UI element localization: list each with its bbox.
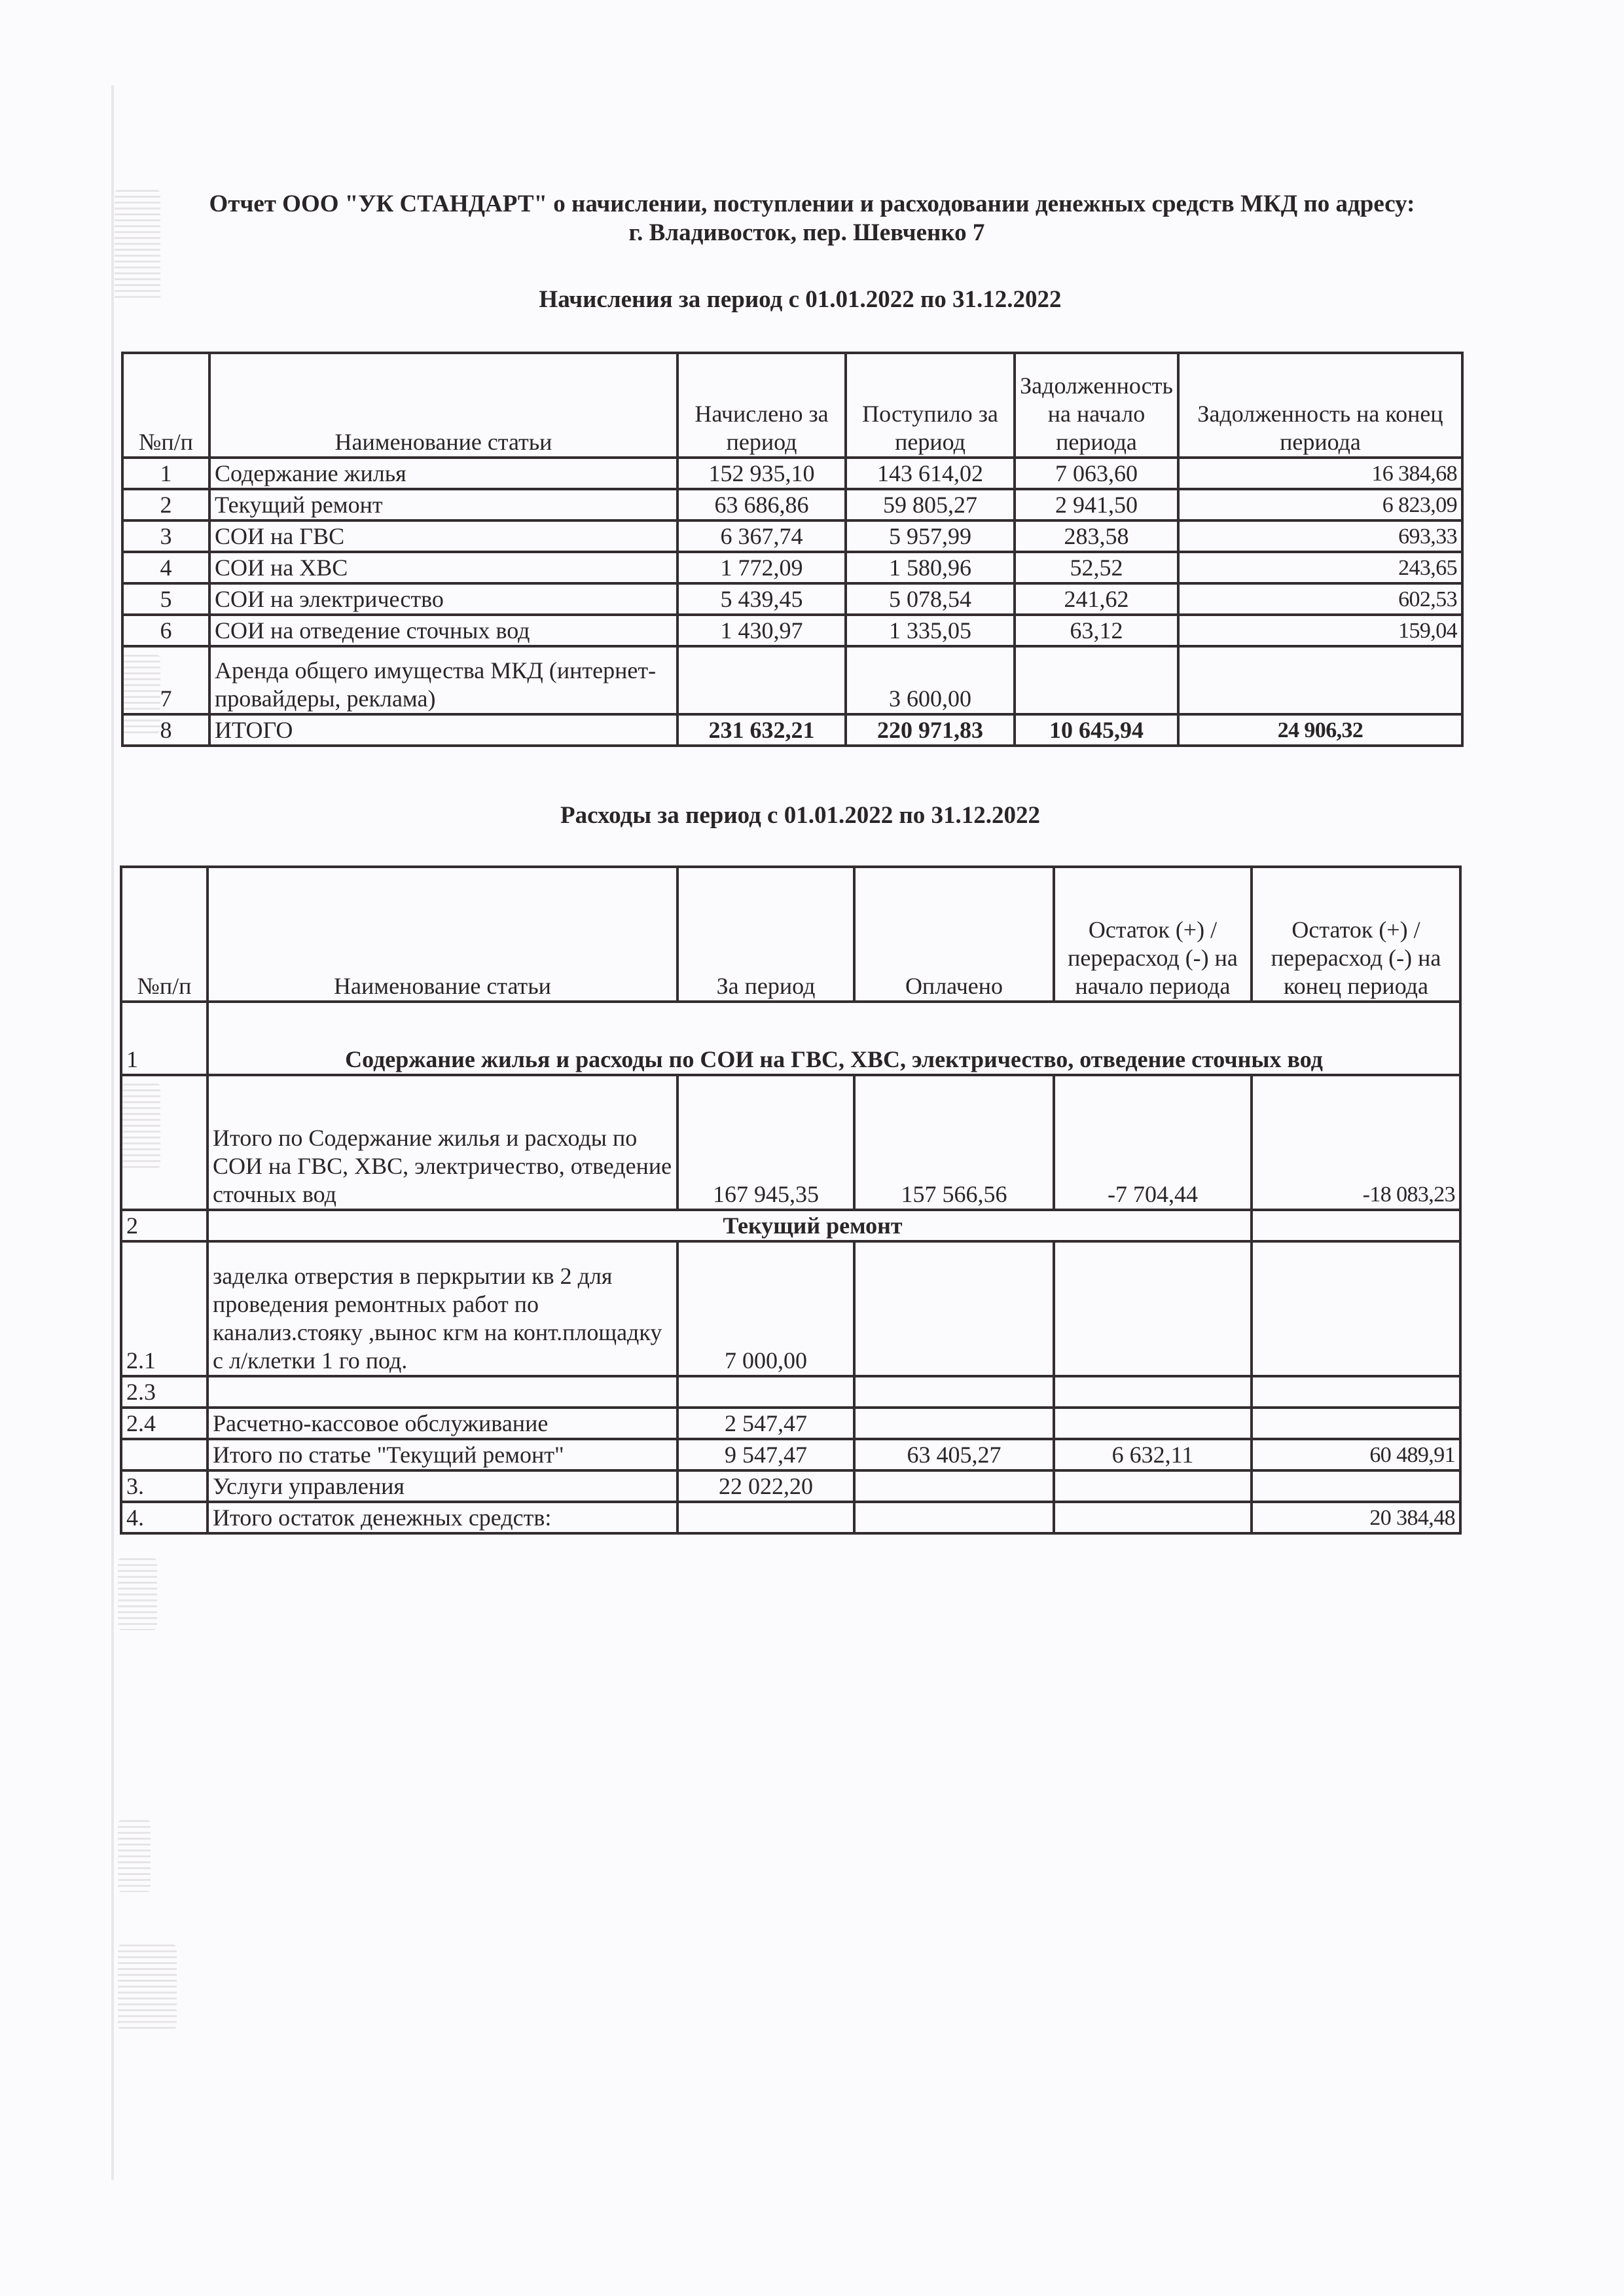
cell-received: 5 078,54: [846, 583, 1015, 615]
table-row: 3 СОИ на ГВС 6 367,74 5 957,99 283,58 69…: [122, 520, 1462, 552]
col-header-accrued: Начислено за период: [677, 353, 846, 458]
cell-accrued: [677, 646, 846, 714]
cell-name: СОИ на ХВС: [209, 552, 677, 583]
cell-received: 5 957,99: [846, 520, 1015, 552]
cell-period: 22 022,20: [677, 1470, 854, 1502]
cell-name: Итого остаток денежных средств:: [208, 1502, 677, 1533]
cell-name: Итого по статье "Текущий ремонт": [208, 1439, 677, 1470]
cell-debt-start: 283,58: [1015, 520, 1178, 552]
table-row: 2.1 заделка отверстия в перкрытии кв 2 д…: [121, 1241, 1460, 1376]
cell-period: 7 000,00: [677, 1241, 854, 1376]
cell-name: Содержание жилья: [209, 458, 677, 489]
cell-num: 4.: [121, 1502, 208, 1533]
col-header-received: Поступило за период: [846, 353, 1015, 458]
scan-smudge: [118, 1820, 151, 1892]
cell-name: Аренда общего имущества МКД (интернет-пр…: [209, 646, 677, 714]
cell-period: 2 547,47: [677, 1408, 854, 1439]
col-header-period: За период: [677, 867, 854, 1002]
cell-debt-end: [1178, 646, 1462, 714]
table-row: 7 Аренда общего имущества МКД (интернет-…: [122, 646, 1462, 714]
cell-balance-start: [1054, 1470, 1252, 1502]
cell-num: [121, 1075, 208, 1210]
cell-name: Текущий ремонт: [209, 489, 677, 520]
cell-name: Расчетно-кассовое обслуживание: [208, 1408, 677, 1439]
cell-balance-end: [1252, 1470, 1460, 1502]
cell-num: 7: [122, 646, 209, 714]
cell-paid: 63 405,27: [854, 1439, 1054, 1470]
cell-num: [121, 1439, 208, 1470]
cell-received: 220 971,83: [846, 714, 1015, 746]
table-row: 2.4 Расчетно-кассовое обслуживание 2 547…: [121, 1408, 1460, 1439]
cell-balance-start: [1054, 1241, 1252, 1376]
section-title: Текущий ремонт: [208, 1210, 1252, 1241]
scan-smudge: [118, 1944, 177, 2030]
cell-name: ИТОГО: [209, 714, 677, 746]
expenses-table: №п/п Наименование статьи За период Оплач…: [120, 866, 1462, 1535]
col-header-name: Наименование статьи: [208, 867, 677, 1002]
scan-smudge: [118, 1558, 157, 1630]
col-header-num: №п/п: [122, 353, 209, 458]
cell-balance-end: -18 083,23: [1252, 1075, 1460, 1210]
cell-received: 1 335,05: [846, 615, 1015, 646]
col-header-num: №п/п: [121, 867, 208, 1002]
expenses-heading: Расходы за период с 01.01.2022 по 31.12.…: [0, 801, 1612, 830]
cell-num: 3: [122, 520, 209, 552]
cell-accrued: 5 439,45: [677, 583, 846, 615]
col-header-debt-start: Задолженность на начало периода: [1015, 353, 1178, 458]
cell-balance-end: [1252, 1376, 1460, 1408]
cell-balance-end: [1252, 1408, 1460, 1439]
col-header-debt-end: Задолженность на конец периода: [1178, 353, 1462, 458]
cell-name: СОИ на отведение сточных вод: [209, 615, 677, 646]
cell-paid: [854, 1470, 1054, 1502]
cell-paid: [854, 1241, 1054, 1376]
cell-empty: [1252, 1210, 1460, 1241]
col-header-balance-start: Остаток (+) / перерасход (-) на начало п…: [1054, 867, 1252, 1002]
table-header-row: №п/п Наименование статьи Начислено за пе…: [122, 353, 1462, 458]
cell-paid: [854, 1502, 1054, 1533]
cell-debt-start: 10 645,94: [1015, 714, 1178, 746]
cell-num: 2.3: [121, 1376, 208, 1408]
subtotal-row: Итого по Содержание жилья и расходы по С…: [121, 1075, 1460, 1210]
table-row: 1 Содержание жилья 152 935,10 143 614,02…: [122, 458, 1462, 489]
cell-num: 1: [121, 1002, 208, 1075]
cell-debt-start: 52,52: [1015, 552, 1178, 583]
report-address: г. Владивосток, пер. Шевченко 7: [0, 219, 1619, 247]
cell-num: 2.1: [121, 1241, 208, 1376]
table-row-total: 8 ИТОГО 231 632,21 220 971,83 10 645,94 …: [122, 714, 1462, 746]
cell-received: 143 614,02: [846, 458, 1015, 489]
scan-edge-artifact: [111, 85, 114, 2180]
cell-received: 1 580,96: [846, 552, 1015, 583]
cell-num: 2.4: [121, 1408, 208, 1439]
cell-received: 3 600,00: [846, 646, 1015, 714]
cell-debt-start: 63,12: [1015, 615, 1178, 646]
cell-balance-end: [1252, 1241, 1460, 1376]
section-row: 1 Содержание жилья и расходы по СОИ на Г…: [121, 1002, 1460, 1075]
table-row: 2.3: [121, 1376, 1460, 1408]
table-row: 2 Текущий ремонт 63 686,86 59 805,27 2 9…: [122, 489, 1462, 520]
section-row: 2 Текущий ремонт: [121, 1210, 1460, 1241]
table-row: 6 СОИ на отведение сточных вод 1 430,97 …: [122, 615, 1462, 646]
cell-debt-end: 159,04: [1178, 615, 1462, 646]
cell-period: 167 945,35: [677, 1075, 854, 1210]
accruals-table: №п/п Наименование статьи Начислено за пе…: [121, 352, 1464, 747]
cell-balance-start: -7 704,44: [1054, 1075, 1252, 1210]
section-title: Содержание жилья и расходы по СОИ на ГВС…: [208, 1002, 1460, 1075]
table-row: 3. Услуги управления 22 022,20: [121, 1470, 1460, 1502]
cell-period: 9 547,47: [677, 1439, 854, 1470]
cell-num: 1: [122, 458, 209, 489]
cell-num: 2: [121, 1210, 208, 1241]
cell-name: заделка отверстия в перкрытии кв 2 для п…: [208, 1241, 677, 1376]
cell-accrued: 152 935,10: [677, 458, 846, 489]
col-header-name: Наименование статьи: [209, 353, 677, 458]
cell-balance-start: [1054, 1502, 1252, 1533]
cell-accrued: 63 686,86: [677, 489, 846, 520]
cell-name: СОИ на электричество: [209, 583, 677, 615]
cell-num: 5: [122, 583, 209, 615]
cell-debt-end: 602,53: [1178, 583, 1462, 615]
cell-balance-end: 60 489,91: [1252, 1439, 1460, 1470]
cell-balance-start: [1054, 1408, 1252, 1439]
subtotal-row: Итого по статье "Текущий ремонт" 9 547,4…: [121, 1439, 1460, 1470]
cell-num: 6: [122, 615, 209, 646]
cell-accrued: 1 772,09: [677, 552, 846, 583]
cell-debt-end: 24 906,32: [1178, 714, 1462, 746]
cell-name: СОИ на ГВС: [209, 520, 677, 552]
cell-name: [208, 1376, 677, 1408]
cell-num: 8: [122, 714, 209, 746]
cell-name: Итого по Содержание жилья и расходы по С…: [208, 1075, 677, 1210]
cell-balance-end: 20 384,48: [1252, 1502, 1460, 1533]
accruals-heading: Начисления за период с 01.01.2022 по 31.…: [0, 285, 1612, 314]
cell-debt-start: 241,62: [1015, 583, 1178, 615]
cell-debt-end: 6 823,09: [1178, 489, 1462, 520]
cell-debt-start: 7 063,60: [1015, 458, 1178, 489]
grand-total-row: 4. Итого остаток денежных средств: 20 38…: [121, 1502, 1460, 1533]
cell-paid: 157 566,56: [854, 1075, 1054, 1210]
cell-debt-start: [1015, 646, 1178, 714]
table-row: 4 СОИ на ХВС 1 772,09 1 580,96 52,52 243…: [122, 552, 1462, 583]
cell-num: 4: [122, 552, 209, 583]
cell-balance-start: [1054, 1376, 1252, 1408]
cell-debt-end: 243,65: [1178, 552, 1462, 583]
cell-debt-end: 16 384,68: [1178, 458, 1462, 489]
cell-received: 59 805,27: [846, 489, 1015, 520]
cell-num: 3.: [121, 1470, 208, 1502]
cell-paid: [854, 1376, 1054, 1408]
cell-debt-end: 693,33: [1178, 520, 1462, 552]
table-row: 5 СОИ на электричество 5 439,45 5 078,54…: [122, 583, 1462, 615]
cell-debt-start: 2 941,50: [1015, 489, 1178, 520]
col-header-balance-end: Остаток (+) / перерасход (-) на конец пе…: [1252, 867, 1460, 1002]
col-header-paid: Оплачено: [854, 867, 1054, 1002]
cell-name: Услуги управления: [208, 1470, 677, 1502]
cell-balance-start: 6 632,11: [1054, 1439, 1252, 1470]
cell-paid: [854, 1408, 1054, 1439]
cell-accrued: 6 367,74: [677, 520, 846, 552]
cell-accrued: 1 430,97: [677, 615, 846, 646]
cell-accrued: 231 632,21: [677, 714, 846, 746]
table-header-row: №п/п Наименование статьи За период Оплач…: [121, 867, 1460, 1002]
cell-period: [677, 1502, 854, 1533]
cell-period: [677, 1376, 854, 1408]
cell-num: 2: [122, 489, 209, 520]
report-title: Отчет ООО "УК СТАНДАРТ" о начислении, по…: [0, 190, 1624, 219]
